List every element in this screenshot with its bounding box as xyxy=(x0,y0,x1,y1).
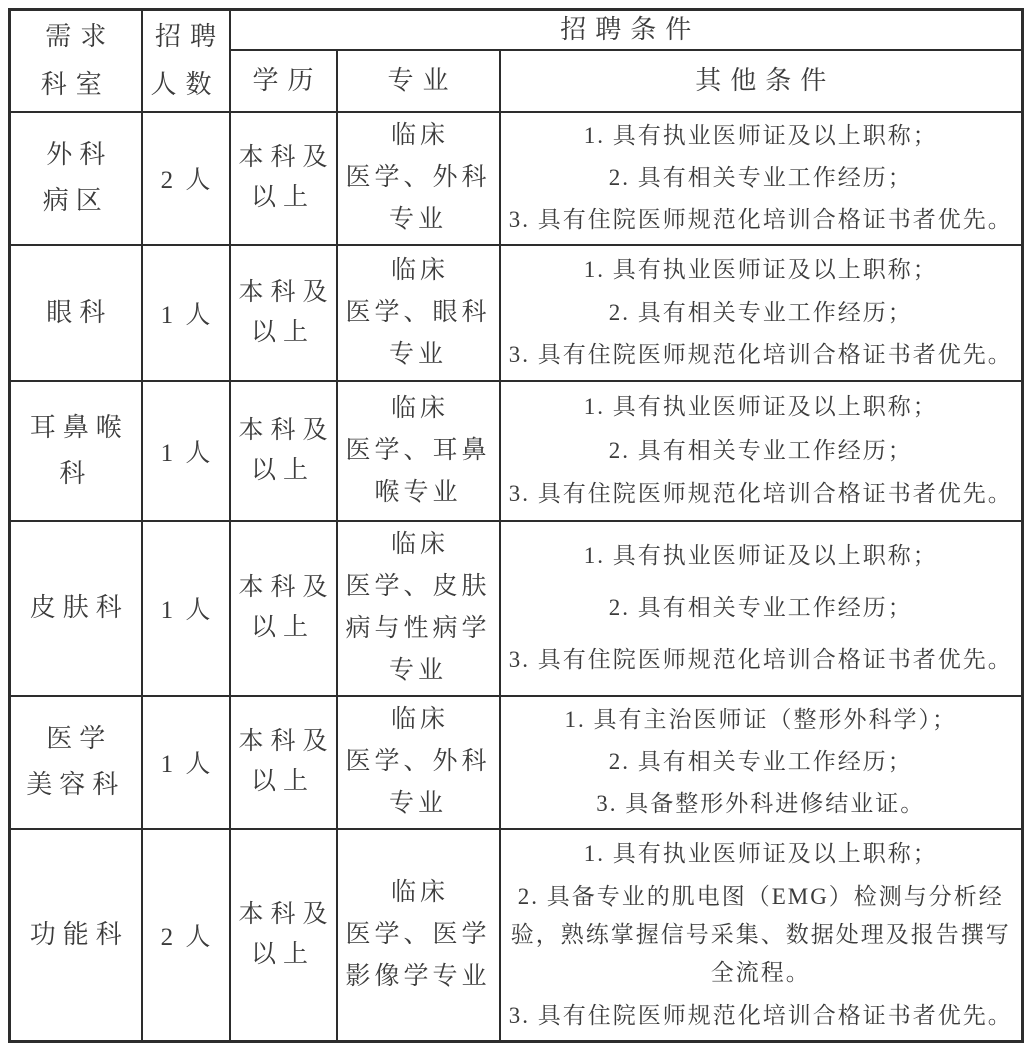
condition-item: 1. 具有执业医师证及以上职称； xyxy=(501,388,1022,426)
department-cell: 功能科 xyxy=(10,829,142,1042)
page: 需求 科室 招聘 人数 招聘条件 学历 专业 其他条件 外科 病区 2 人 本科… xyxy=(0,0,1032,1048)
condition-item: 2. 具备专业的肌电图（EMG）检测与分析经验，熟练掌握信号采集、数据处理及报告… xyxy=(501,878,1022,992)
condition-item: 3. 具备整形外科进修结业证。 xyxy=(501,785,1022,823)
header-cell-headcount: 招聘 人数 xyxy=(142,10,230,112)
major-cell: 临床 医学、耳鼻 喉专业 xyxy=(337,381,500,521)
table-row: 外科 病区 2 人 本科及 以上 临床 医学、外科 专业 1. 具有执业医师证及… xyxy=(10,112,1023,245)
header-cell-other: 其他条件 xyxy=(500,50,1023,112)
education-cell: 本科及 以上 xyxy=(230,696,337,829)
department-cell: 外科 病区 xyxy=(10,112,142,245)
conditions-cell: 1. 具有执业医师证及以上职称； 2. 具有相关专业工作经历； 3. 具有住院医… xyxy=(500,521,1023,696)
headcount-cell: 2 人 xyxy=(142,829,230,1042)
major-cell: 临床 医学、外科 专业 xyxy=(337,112,500,245)
department-cell: 皮肤科 xyxy=(10,521,142,696)
conditions-cell: 1. 具有执业医师证及以上职称； 2. 具有相关专业工作经历； 3. 具有住院医… xyxy=(500,381,1023,521)
conditions-cell: 1. 具有执业医师证及以上职称； 2. 具备专业的肌电图（EMG）检测与分析经验… xyxy=(500,829,1023,1042)
major-cell: 临床 医学、眼科 专业 xyxy=(337,245,500,381)
condition-item: 2. 具有相关专业工作经历； xyxy=(501,432,1022,470)
major-cell: 临床 医学、外科 专业 xyxy=(337,696,500,829)
conditions-list: 1. 具有主治医师证（整形外科学）； 2. 具有相关专业工作经历； 3. 具备整… xyxy=(501,698,1022,827)
condition-item: 2. 具有相关专业工作经历； xyxy=(501,294,1022,332)
table-row: 耳鼻喉科 1 人 本科及 以上 临床 医学、耳鼻 喉专业 1. 具有执业医师证及… xyxy=(10,381,1023,521)
table-row: 功能科 2 人 本科及 以上 临床 医学、医学 影像学专业 1. 具有执业医师证… xyxy=(10,829,1023,1042)
header-row-1: 需求 科室 招聘 人数 招聘条件 xyxy=(10,10,1023,50)
conditions-list: 1. 具有执业医师证及以上职称； 2. 具有相关专业工作经历； 3. 具有住院医… xyxy=(501,247,1022,379)
education-cell: 本科及 以上 xyxy=(230,381,337,521)
education-cell: 本科及 以上 xyxy=(230,112,337,245)
department-cell: 眼科 xyxy=(10,245,142,381)
condition-item: 3. 具有住院医师规范化培训合格证书者优先。 xyxy=(501,475,1022,513)
header-cell-conditions-group: 招聘条件 xyxy=(230,10,1023,50)
conditions-list: 1. 具有执业医师证及以上职称； 2. 具有相关专业工作经历； 3. 具有住院医… xyxy=(501,114,1022,243)
condition-item: 1. 具有执业医师证及以上职称； xyxy=(501,117,1022,155)
education-cell: 本科及 以上 xyxy=(230,245,337,381)
condition-item: 3. 具有住院医师规范化培训合格证书者优先。 xyxy=(501,997,1022,1035)
conditions-cell: 1. 具有主治医师证（整形外科学）； 2. 具有相关专业工作经历； 3. 具备整… xyxy=(500,696,1023,829)
condition-item: 1. 具有主治医师证（整形外科学）； xyxy=(501,701,1022,739)
conditions-list: 1. 具有执业医师证及以上职称； 2. 具有相关专业工作经历； 3. 具有住院医… xyxy=(501,523,1022,694)
conditions-list: 1. 具有执业医师证及以上职称； 2. 具有相关专业工作经历； 3. 具有住院医… xyxy=(501,383,1022,519)
table-row: 医学 美容科 1 人 本科及 以上 临床 医学、外科 专业 1. 具有主治医师证… xyxy=(10,696,1023,829)
table-row: 皮肤科 1 人 本科及 以上 临床 医学、皮肤 病与性病学 专业 1. 具有执业… xyxy=(10,521,1023,696)
condition-item: 1. 具有执业医师证及以上职称； xyxy=(501,537,1022,575)
table-row: 眼科 1 人 本科及 以上 临床 医学、眼科 专业 1. 具有执业医师证及以上职… xyxy=(10,245,1023,381)
condition-item: 3. 具有住院医师规范化培训合格证书者优先。 xyxy=(501,201,1022,239)
headcount-cell: 1 人 xyxy=(142,521,230,696)
conditions-cell: 1. 具有执业医师证及以上职称； 2. 具有相关专业工作经历； 3. 具有住院医… xyxy=(500,112,1023,245)
condition-item: 1. 具有执业医师证及以上职称； xyxy=(501,835,1022,873)
headcount-cell: 1 人 xyxy=(142,381,230,521)
recruitment-table: 需求 科室 招聘 人数 招聘条件 学历 专业 其他条件 外科 病区 2 人 本科… xyxy=(8,8,1024,1043)
condition-item: 2. 具有相关专业工作经历； xyxy=(501,743,1022,781)
condition-item: 2. 具有相关专业工作经历； xyxy=(501,159,1022,197)
major-cell: 临床 医学、医学 影像学专业 xyxy=(337,829,500,1042)
conditions-list: 1. 具有执业医师证及以上职称； 2. 具备专业的肌电图（EMG）检测与分析经验… xyxy=(501,830,1022,1039)
education-cell: 本科及 以上 xyxy=(230,521,337,696)
education-cell: 本科及 以上 xyxy=(230,829,337,1042)
major-cell: 临床 医学、皮肤 病与性病学 专业 xyxy=(337,521,500,696)
headcount-cell: 1 人 xyxy=(142,696,230,829)
header-cell-major: 专业 xyxy=(337,50,500,112)
condition-item: 2. 具有相关专业工作经历； xyxy=(501,589,1022,627)
header-cell-education: 学历 xyxy=(230,50,337,112)
headcount-cell: 1 人 xyxy=(142,245,230,381)
header-cell-department: 需求 科室 xyxy=(10,10,142,112)
department-cell: 耳鼻喉科 xyxy=(10,381,142,521)
department-cell: 医学 美容科 xyxy=(10,696,142,829)
headcount-cell: 2 人 xyxy=(142,112,230,245)
condition-item: 3. 具有住院医师规范化培训合格证书者优先。 xyxy=(501,336,1022,374)
condition-item: 1. 具有执业医师证及以上职称； xyxy=(501,251,1022,289)
condition-item: 3. 具有住院医师规范化培训合格证书者优先。 xyxy=(501,641,1022,679)
conditions-cell: 1. 具有执业医师证及以上职称； 2. 具有相关专业工作经历； 3. 具有住院医… xyxy=(500,245,1023,381)
